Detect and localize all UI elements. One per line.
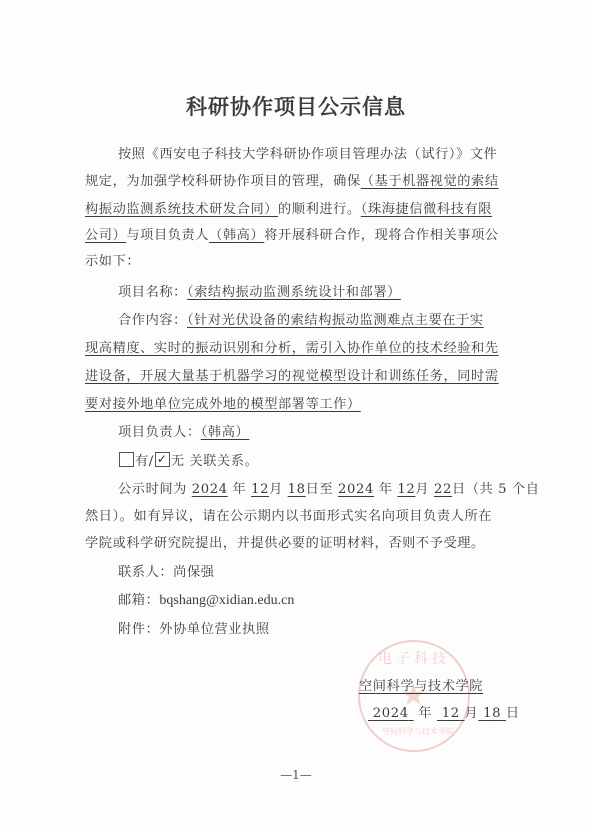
option-no-label: 无 bbox=[171, 454, 185, 469]
checkbox-no[interactable] bbox=[155, 452, 170, 467]
document-page: 科研协作项目公示信息 按照《西安电子科技大学科研协作项目管理办法（试行）》文件 … bbox=[0, 0, 592, 832]
cooperation-text: （针对光伏设备的索结构振动监测难点主要在于实 bbox=[187, 313, 484, 328]
partner-company: （珠海捷信微科技有限 bbox=[361, 202, 492, 217]
contact-label: 联系人： bbox=[118, 565, 173, 580]
text: 至 bbox=[319, 482, 333, 497]
page-number: —1— bbox=[0, 768, 592, 782]
signature-date: 2024 年 12 月 18 日 bbox=[368, 702, 520, 721]
text: 18 bbox=[483, 706, 501, 721]
start-day: 18 bbox=[288, 482, 306, 497]
text: 12 bbox=[442, 706, 460, 721]
period-line-2: 然日）。如有异议，请在公示期内以书面形式实名向项目负责人所在 bbox=[85, 508, 515, 526]
email-link[interactable]: bqshang@xidian.edu.cn bbox=[159, 593, 294, 608]
text: 规定，为加强学校科研协作项目的管理，确保 bbox=[85, 174, 361, 189]
cooperation-text: 要对接外地单位完成外地的模型部署等工作） bbox=[85, 396, 361, 414]
partner-company: 公司） bbox=[85, 228, 126, 243]
start-year: 2024 bbox=[192, 482, 228, 497]
end-day: 22 bbox=[434, 482, 452, 497]
text: 日 bbox=[506, 706, 520, 721]
attachment-value: 外协单位营业执照 bbox=[159, 622, 269, 637]
text: 年 bbox=[233, 482, 247, 497]
end-year: 2024 bbox=[338, 482, 374, 497]
checkbox-yes[interactable] bbox=[119, 452, 134, 467]
relation-suffix: 关联关系。 bbox=[189, 454, 258, 469]
leader-label: 项目负责人： bbox=[118, 425, 201, 440]
text: 日 bbox=[452, 482, 466, 497]
start-month: 12 bbox=[251, 482, 269, 497]
intro-line-3: 构振动监测系统技术研发合同）的顺利进行。（珠海捷信微科技有限 bbox=[85, 201, 515, 219]
text: 年 bbox=[418, 706, 432, 721]
leader-value: （韩高） bbox=[201, 425, 250, 440]
text: 公示时间为 bbox=[118, 482, 187, 497]
intro-line-1: 按照《西安电子科技大学科研协作项目管理办法（试行）》文件 bbox=[118, 146, 548, 164]
leader-name: （韩高） bbox=[209, 228, 264, 243]
email-label: 邮箱： bbox=[118, 593, 159, 608]
signature-day: 18 bbox=[478, 706, 506, 721]
signature-unit: 空间科学与技术学院 bbox=[359, 675, 483, 694]
seal-bottom-text: 空间科学与技术学院 bbox=[382, 726, 454, 737]
text: 的顺利进行。 bbox=[278, 202, 361, 217]
text: 按照《西安电子科技大学科研协作项目管理办法（试行）》文件 bbox=[118, 147, 497, 162]
attachment-row: 附件：外协单位营业执照 bbox=[118, 621, 548, 639]
intro-line-4: 公司）与项目负责人（韩高）将开展科研合作，现将合作相关事项公 bbox=[85, 227, 515, 245]
project-name-row: 项目名称：（索结构振动监测系统设计和部署） bbox=[118, 284, 548, 302]
text: 与项目负责人 bbox=[126, 228, 209, 243]
period-line-3: 学院或科学研究院提出，并提供必要的证明材料，否则不予受理。 bbox=[85, 535, 515, 553]
end-month: 12 bbox=[397, 482, 415, 497]
leader-row: 项目负责人：（韩高） bbox=[118, 424, 548, 442]
intro-line-5: 示如下： bbox=[85, 253, 515, 271]
page-title: 科研协作项目公示信息 bbox=[0, 91, 592, 121]
official-seal: 电子科技 ★ 空间科学与技术学院 bbox=[358, 640, 470, 752]
project-name-label: 项目名称： bbox=[118, 285, 187, 300]
cooperation-text: 现高精度、实时的振动识别和分析，需引入协作单位的技术经验和先 bbox=[85, 340, 515, 358]
signature-year: 2024 bbox=[368, 706, 414, 721]
email-row: 邮箱：bqshang@xidian.edu.cn bbox=[118, 592, 548, 610]
text: （共 5 个自 bbox=[466, 482, 540, 497]
text: 日 bbox=[306, 482, 320, 497]
intro-line-2: 规定，为加强学校科研协作项目的管理，确保（基于机器视觉的索结 bbox=[85, 173, 515, 191]
contact-value: 尚保强 bbox=[173, 565, 214, 580]
cooperation-label: 合作内容： bbox=[118, 313, 187, 328]
period-row: 公示时间为 2024 年 12月 18日至 2024 年 12月 22日（共 5… bbox=[118, 481, 548, 499]
signature-month: 12 bbox=[437, 706, 465, 721]
option-yes-label: 有/ bbox=[135, 454, 154, 469]
text: 月 bbox=[465, 706, 479, 721]
cooperation-row: 合作内容：（针对光伏设备的索结构振动监测难点主要在于实 bbox=[118, 312, 548, 330]
attachment-label: 附件： bbox=[118, 622, 159, 637]
cooperation-text: 进设备，开展大量基于机器学习的视觉模型设计和训练任务，同时需 bbox=[85, 368, 515, 386]
contract-name: （基于机器视觉的索结 bbox=[361, 174, 499, 189]
text: 月 bbox=[415, 482, 429, 497]
project-name-value: （索结构振动监测系统设计和部署） bbox=[187, 285, 401, 300]
seal-top-text: 电子科技 bbox=[378, 648, 450, 668]
contact-row: 联系人：尚保强 bbox=[118, 564, 548, 582]
text: 月 bbox=[269, 482, 283, 497]
text: 2024 bbox=[373, 706, 409, 721]
text: 将开展科研合作，现将合作相关事项公 bbox=[264, 228, 498, 243]
contract-name: 构振动监测系统技术研发合同） bbox=[85, 202, 278, 217]
relation-row: 有/无 关联关系。 bbox=[118, 452, 548, 471]
text: 年 bbox=[379, 482, 393, 497]
